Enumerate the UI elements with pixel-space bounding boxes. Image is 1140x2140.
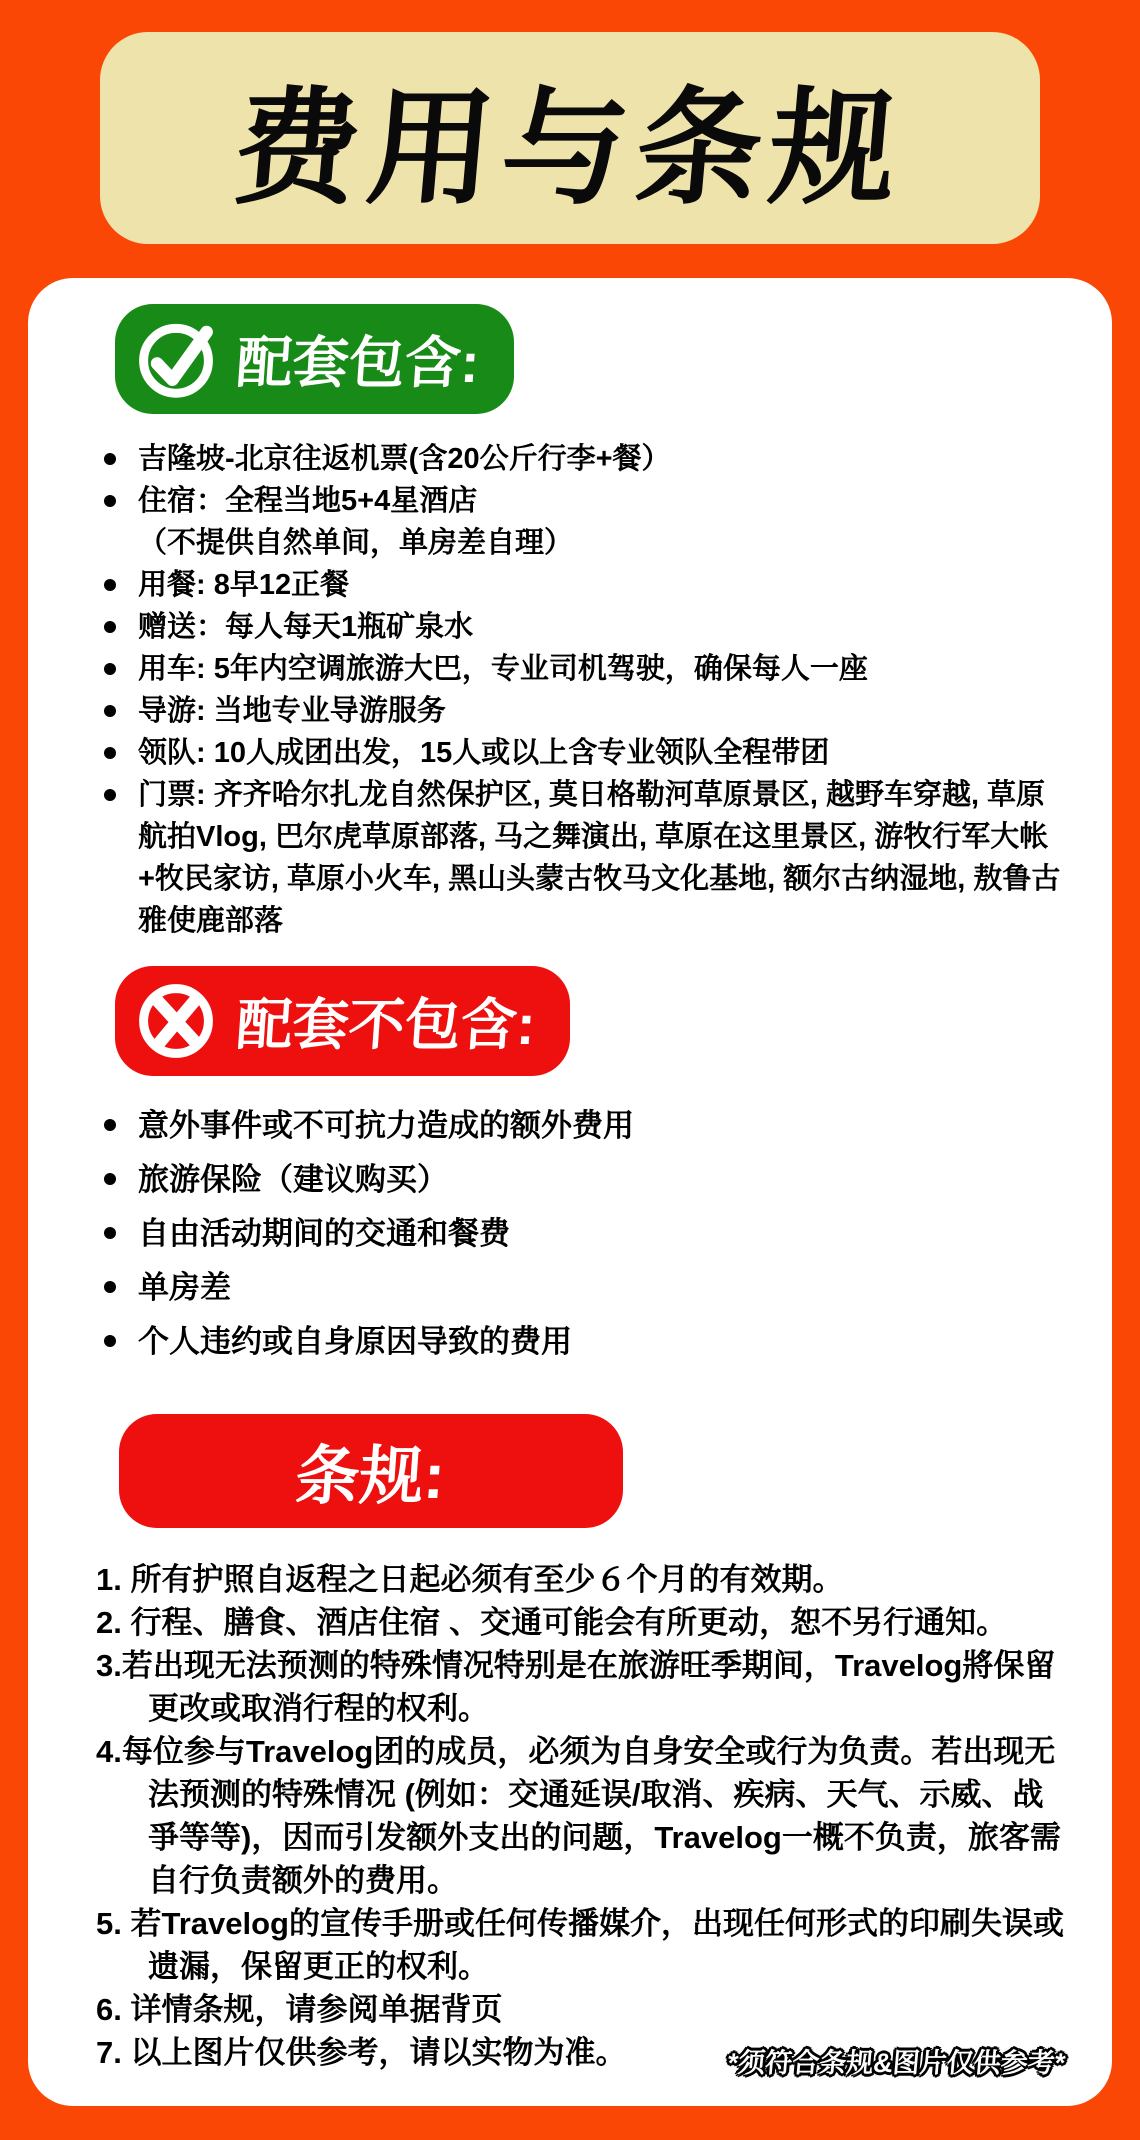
include-item: 吉隆坡-北京往返机票(含20公斤行李+餐） <box>96 438 1072 480</box>
term-item: 1. 所有护照自返程之日起必须有至少６个月的有效期。 <box>96 1558 1072 1601</box>
exclude-badge-label: 配套不包含: <box>234 981 538 1061</box>
include-item: 赠送：每人每天1瓶矿泉水 <box>96 606 1072 648</box>
content-card: 配套包含: 吉隆坡-北京往返机票(含20公斤行李+餐） 住宿：全程当地5+4星酒… <box>28 278 1112 2106</box>
include-item: 领队: 10人成团出发，15人或以上含专业领队全程带团 <box>96 732 1072 774</box>
include-list: 吉隆坡-北京往返机票(含20公斤行李+餐） 住宿：全程当地5+4星酒店 （不提供… <box>96 438 1072 942</box>
include-item: 导游: 当地专业导游服务 <box>96 690 1072 732</box>
term-item: 5. 若Travelog的宣传手册或任何传播媒介，出现任何形式的印刷失误或遗漏，… <box>96 1902 1072 1988</box>
exclude-item: 单房差 <box>96 1266 1072 1310</box>
terms-list: 1. 所有护照自返程之日起必须有至少６个月的有效期。 2. 行程、膳食、酒店住宿… <box>96 1558 1072 2074</box>
exclude-item: 自由活动期间的交通和餐费 <box>96 1212 1072 1256</box>
page-title: 费用与条规 <box>227 48 913 229</box>
include-item: 用车: 5年内空调旅游大巴，专业司机驾驶，确保每人一座 <box>96 648 1072 690</box>
terms-badge: 条规: <box>119 1414 623 1528</box>
header-banner: 费用与条规 <box>100 32 1040 244</box>
terms-badge-label: 条规: <box>293 1425 449 1517</box>
include-item-subtext: （不提供自然单间，单房差自理） <box>138 522 1072 564</box>
exclude-item: 旅游保险（建议购买） <box>96 1158 1072 1202</box>
term-item: 4.每位参与Travelog团的成员，必须为自身安全或行为负责。若出现无法预测的… <box>96 1730 1072 1902</box>
term-item: 2. 行程、膳食、酒店住宿 、交通可能会有所更动，恕不另行通知。 <box>96 1601 1072 1644</box>
include-item: 门票: 齐齐哈尔扎龙自然保护区, 莫日格勒河草原景区, 越野车穿越, 草原航拍V… <box>96 774 1072 942</box>
exclude-badge: 配套不包含: <box>115 966 570 1076</box>
exclude-list: 意外事件或不可抗力造成的额外费用 旅游保险（建议购买） 自由活动期间的交通和餐费… <box>96 1104 1072 1364</box>
include-item-text: 住宿：全程当地5+4星酒店 <box>138 485 477 517</box>
include-item: 住宿：全程当地5+4星酒店 （不提供自然单间，单房差自理） <box>96 480 1072 564</box>
exclude-item: 意外事件或不可抗力造成的额外费用 <box>96 1104 1072 1148</box>
include-item: 用餐: 8早12正餐 <box>96 564 1072 606</box>
include-badge-label: 配套包含: <box>234 319 482 399</box>
check-circle-icon <box>131 314 221 404</box>
include-badge: 配套包含: <box>115 304 514 414</box>
term-item: 3.若出现无法预测的特殊情况特别是在旅游旺季期间，Travelog將保留更改或取… <box>96 1644 1072 1730</box>
x-circle-icon <box>131 976 221 1066</box>
exclude-item: 个人违约或自身原因导致的费用 <box>96 1320 1072 1364</box>
term-item: 6. 详情条规，请参阅单据背页 <box>96 1988 1072 2031</box>
footnote-text: *须符合条规&图片仅供参考* <box>727 2041 1068 2080</box>
poster-page: 费用与条规 配套包含: 吉隆坡-北京往返机票(含20公斤行李+餐） 住宿：全程当… <box>0 0 1140 2140</box>
